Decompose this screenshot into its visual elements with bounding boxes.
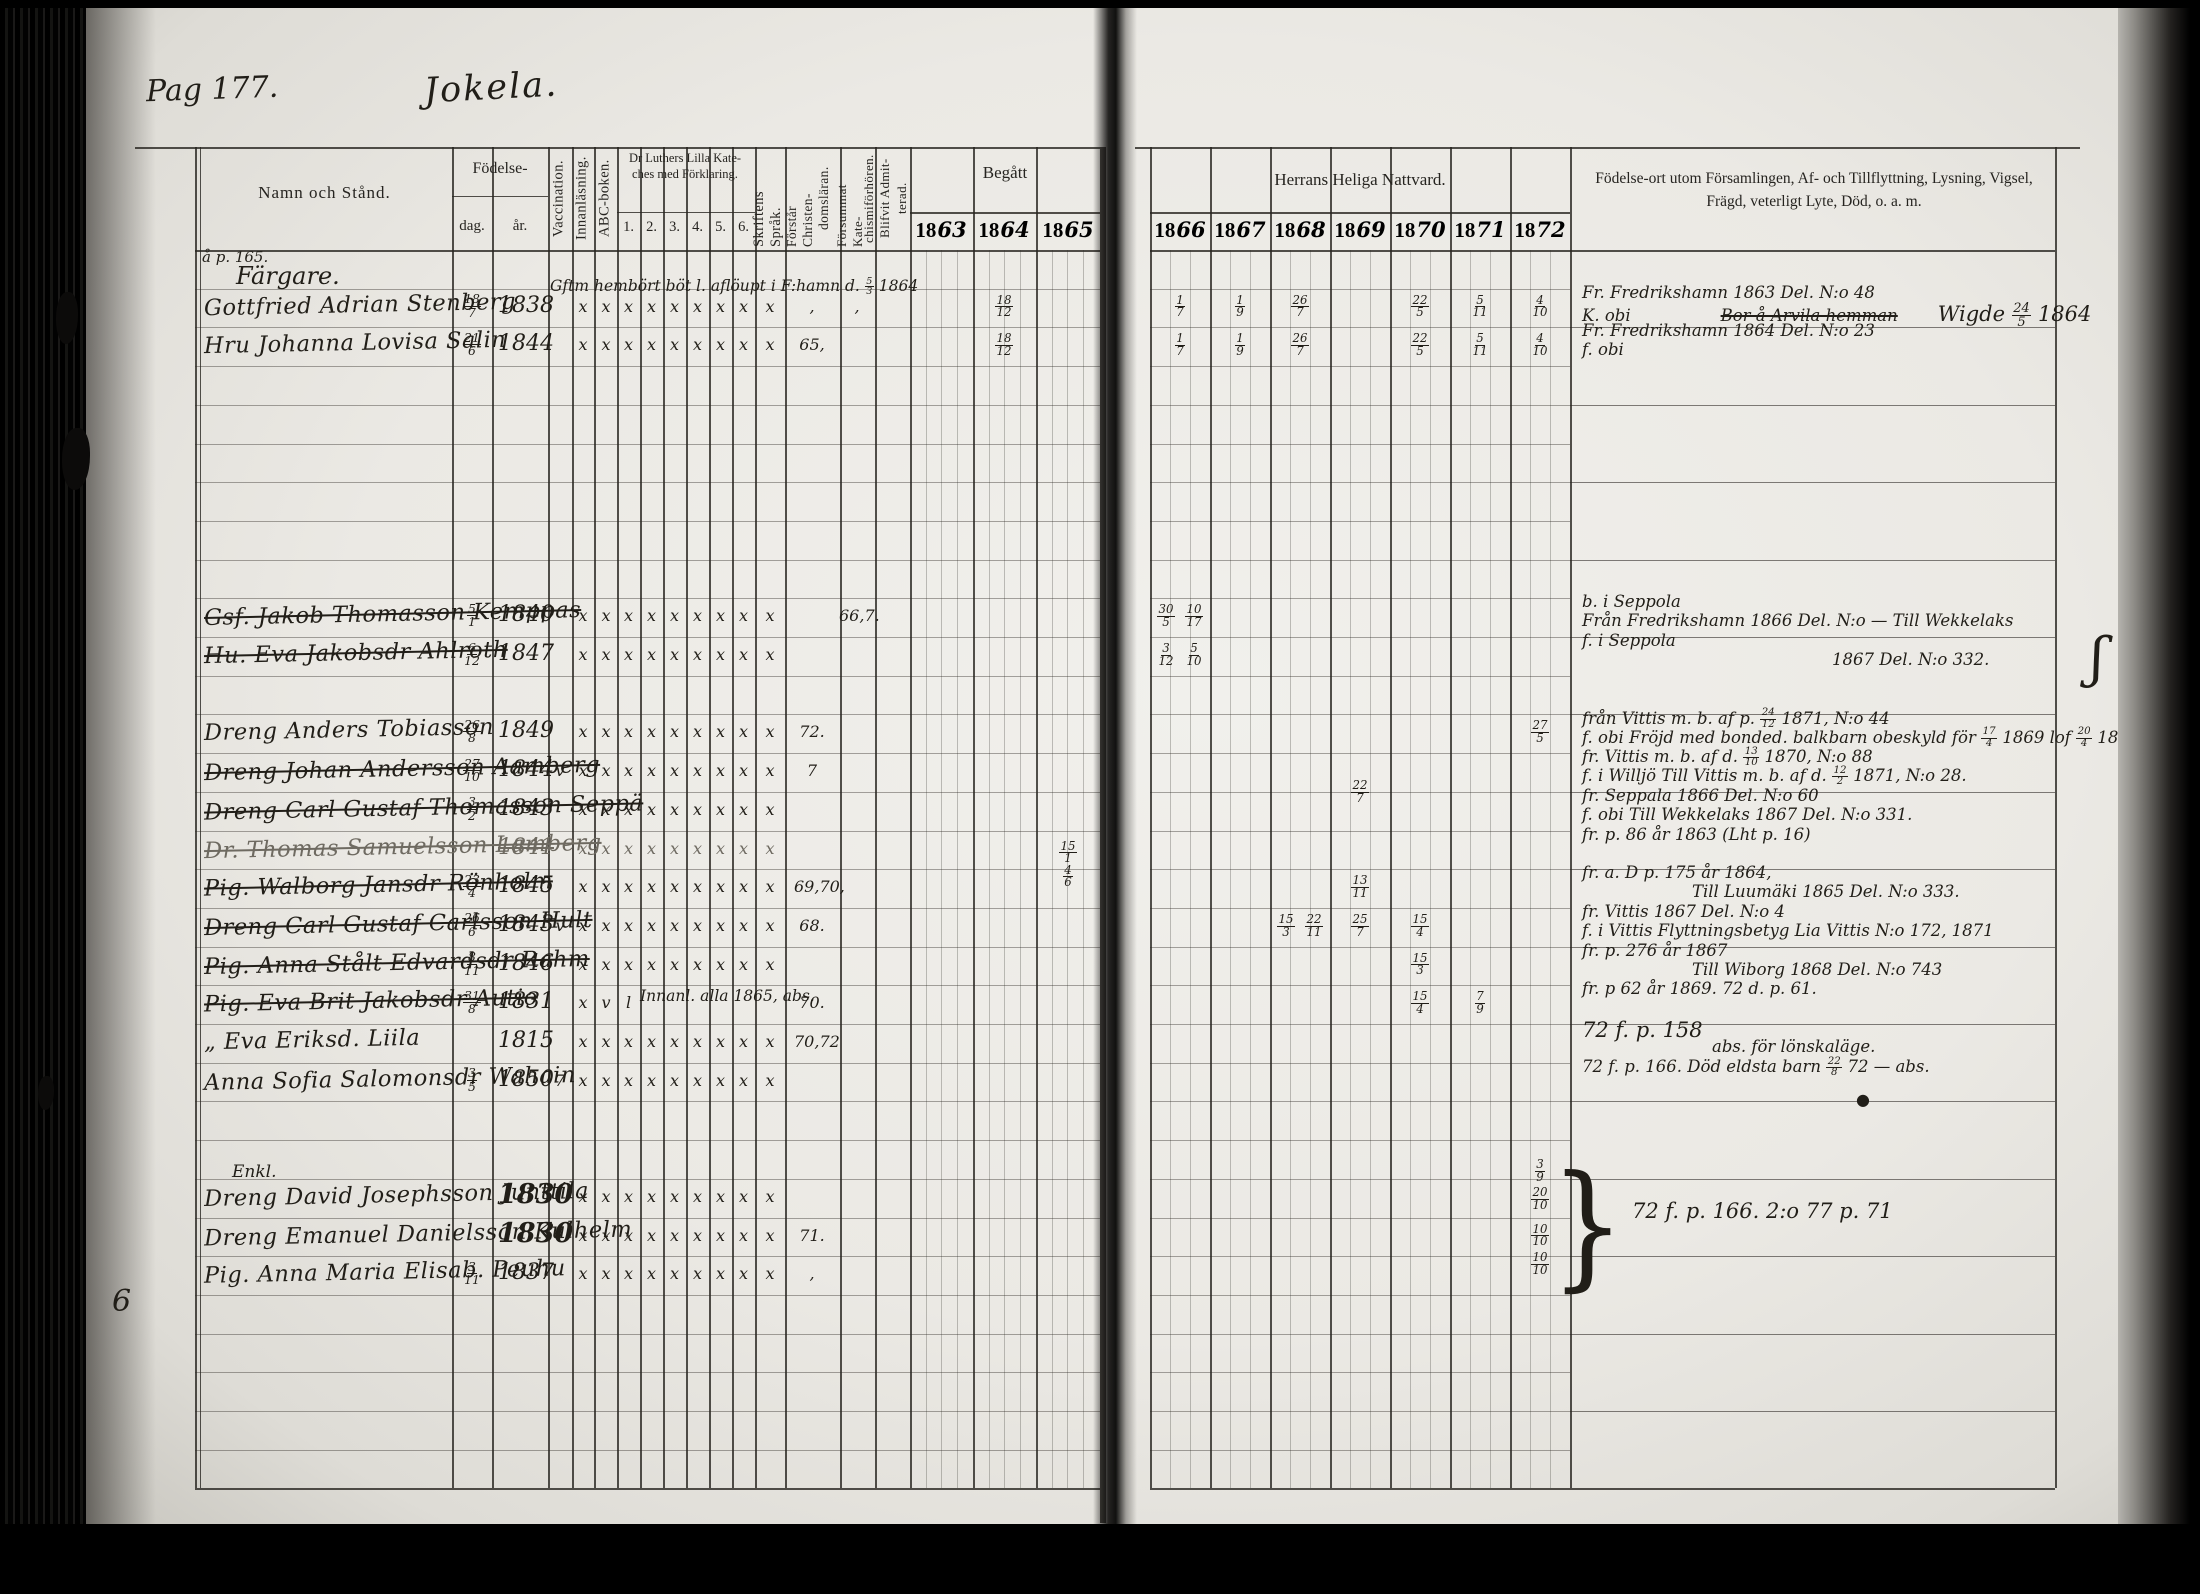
birth-year: 1846 (498, 951, 554, 976)
row-line (195, 1101, 1100, 1102)
birth-day: 318 (452, 989, 492, 1015)
fraction-date: 51 (467, 603, 478, 629)
row-line (1150, 1218, 1570, 1219)
notes-row-line (1570, 1256, 2055, 1257)
catechism-number: 3. (664, 219, 686, 236)
notes-line: fr. Seppala 1866 Del. N:o 60 (1582, 786, 1819, 805)
row-line (1150, 560, 1570, 561)
row-line (1150, 1179, 1570, 1180)
mark-forsum: , (839, 297, 875, 316)
notes-segment: fr. p. 86 år 1863 (Lht p. 16) (1582, 825, 1811, 844)
year-printed-prefix: 18 (1454, 218, 1475, 243)
row-line (195, 1450, 1100, 1451)
birth-day: 35 (452, 1067, 492, 1093)
row-line (1150, 869, 1570, 870)
row-line (195, 676, 1100, 677)
communion-date-1869: 1311 (1336, 875, 1384, 900)
column-line (2055, 147, 2057, 1488)
birth-split-line (452, 196, 548, 197)
fraction-date: 1812 (995, 295, 1013, 320)
fraction-date: 1017 (1185, 604, 1203, 629)
communion-date-1868: 267 (1276, 295, 1324, 320)
row-line (195, 1295, 1100, 1296)
row-line (195, 753, 1100, 754)
tick-subline (1250, 250, 1251, 1488)
notes-line: Till Wiborg 1868 Del. N:o 743 (1582, 960, 1942, 979)
mark-forstar: 69,70, (794, 877, 830, 896)
notes-line: f. obi (1582, 340, 1624, 359)
row-line (195, 1218, 1100, 1219)
fraction-date: 410 (1531, 295, 1549, 320)
mark-skrift: x (752, 335, 788, 354)
birth-day: 187 (452, 293, 492, 319)
notes-line: f. i Willjö Till Vittis m. b. af d. 122 … (1582, 766, 1967, 787)
page-edge-right (2118, 0, 2200, 1594)
fraction-date: 151 (1059, 841, 1077, 866)
tick-subline (1530, 250, 1531, 1488)
year-printed-prefix: 18 (1154, 218, 1175, 243)
row-line (1150, 482, 1570, 483)
communion-date-1867: 19 (1216, 333, 1264, 358)
fraction-date: 511 (1471, 333, 1489, 358)
mark-skrift: x (752, 1071, 788, 1090)
row-line (1150, 1256, 1570, 1257)
row-note: Innanl. alla 1865, abs. (640, 987, 815, 1005)
notes-line: Till Luumäki 1865 Del. N:o 333. (1582, 882, 1960, 901)
birth-year: 1841 (498, 835, 554, 860)
mark-skrift: x (752, 297, 788, 316)
row-line (195, 598, 1100, 599)
communion-date-1868: 267 (1276, 333, 1324, 358)
notes-segment: Till Wiborg 1868 Del. N:o 743 (1692, 960, 1942, 979)
fraction-date: 267 (1291, 333, 1309, 358)
notes-line: fr. Vittis 1867 Del. N:o 4 (1582, 902, 1785, 921)
birth-year: 1837 (498, 1260, 554, 1285)
fraction-date: 79 (1475, 991, 1486, 1016)
mark-vacc: 7 (542, 1071, 578, 1090)
year-script-digits: 72 (1536, 217, 1565, 242)
fraction-date: 1010 (1531, 1224, 1549, 1249)
row-line (195, 947, 1100, 948)
notes-segment: fr. Seppala 1866 Del. N:o 60 (1582, 786, 1819, 805)
fraction-date: 153 (1411, 953, 1429, 978)
fraction-date: 204 (2076, 727, 2092, 748)
year-script-digits: 66 (1176, 217, 1205, 242)
fraction-date: 257 (1351, 914, 1369, 939)
fraction-date: 510 (1185, 643, 1203, 668)
fraction-date: 1010 (1531, 1252, 1549, 1277)
year-script-digits: 68 (1296, 217, 1325, 242)
group-brace: } (1550, 1146, 1625, 1305)
fraction-date: 410 (1531, 333, 1549, 358)
column-line (1270, 147, 1272, 1488)
notes-segment: f. i Willjö Till Vittis m. b. af d. 122 … (1582, 766, 1967, 785)
communion-date-1866: 17 (1156, 295, 1204, 320)
column-line (1210, 147, 1212, 1488)
row-line (1150, 985, 1570, 986)
fraction-date: 511 (1471, 295, 1489, 320)
notes-segment: f. obi Fröjd med bonded. balkbarn obesky… (1582, 728, 2139, 747)
row-line (195, 1411, 1100, 1412)
fraction-date: 245 (2012, 302, 2032, 329)
fraction-date: 225 (1411, 333, 1429, 358)
notes-line: f. i Vittis Flyttningsbetyg Lia Vittis N… (1582, 921, 1994, 940)
birth-year: 1815 (498, 1028, 554, 1053)
row-line (195, 1140, 1100, 1141)
fraction-date: 228 (1826, 1057, 1842, 1078)
communion-date-1870: 154 (1396, 914, 1444, 939)
tick-subline (1310, 250, 1311, 1488)
year-box-line (1150, 212, 1570, 214)
notes-segment: fr. p 62 år 1869. 72 d. p. 61. (1582, 979, 1817, 998)
row-line (1150, 405, 1570, 406)
row-line (1150, 598, 1570, 599)
column-line (1450, 147, 1452, 1488)
notes-row-line (1570, 1179, 2055, 1180)
communion-date-1870: 225 (1396, 333, 1444, 358)
fraction-date: 266 (463, 912, 482, 938)
communion-date-1869: 257 (1336, 914, 1384, 939)
year-header-1864: 1864 (974, 217, 1034, 243)
row-line (1150, 366, 1570, 367)
row-line (1150, 831, 1570, 832)
birth-day: 311 (452, 1260, 492, 1286)
column-line (840, 147, 842, 1488)
row-line (1150, 1024, 1570, 1025)
column-line (910, 147, 912, 1488)
table-rule-bottom (1150, 1488, 2055, 1490)
birth-year: 1844 (498, 331, 554, 356)
communion-date-1870: 153 (1396, 953, 1444, 978)
row-line (1150, 1101, 1570, 1102)
communion-date-1872: 410 (1516, 333, 1564, 358)
birth-year: 1830 (498, 1179, 573, 1210)
notes-line: f. obi Till Wekkelaks 1867 Del. N:o 331. (1582, 805, 1912, 824)
notes-row-line (1570, 1411, 2055, 1412)
notes-segment: 72 f. p. 166. Död eldsta barn 228 72 — a… (1582, 1057, 1930, 1076)
fraction-date: 612 (463, 642, 482, 668)
tick-subline (1020, 250, 1021, 1488)
fraction-date: 122 (1832, 766, 1848, 787)
communion-date-1866: 17 (1156, 333, 1204, 358)
fraction-date: 234 (463, 874, 482, 900)
year-printed-prefix: 18 (915, 218, 936, 243)
row-line (195, 1372, 1100, 1373)
year-box-line (910, 212, 1100, 214)
row-line (1150, 521, 1570, 522)
header-bottom-line (195, 250, 1100, 252)
mark-forstar: , (794, 1264, 830, 1283)
fraction-date: 154 (1411, 991, 1429, 1016)
tick-subline (1230, 250, 1231, 1488)
birth-year: 1849 (498, 718, 554, 743)
row-line (1150, 1372, 1570, 1373)
birth-day: 2710 (452, 757, 492, 783)
stray-mark: 6 (112, 1284, 131, 1319)
notes-segment: Till Luumäki 1865 Del. N:o 333. (1692, 882, 1960, 901)
notes-line: fr. p. 276 år 1867 (1582, 941, 1727, 960)
communion-date-1871: 511 (1456, 295, 1504, 320)
tick-subline (1170, 250, 1171, 1488)
year-header-1863: 1863 (911, 217, 971, 243)
year-header-1866: 1866 (1150, 217, 1210, 243)
year-printed-prefix: 18 (1274, 218, 1295, 243)
year-printed-prefix: 18 (1214, 218, 1235, 243)
row-line (195, 985, 1100, 986)
communion-date-1870: 154 (1396, 991, 1444, 1016)
notes-segment: 1867 Del. N:o 332. (1832, 650, 1989, 669)
row-line (195, 560, 1100, 561)
year-header-1872: 1872 (1510, 217, 1570, 243)
fraction-date: 17 (1175, 333, 1186, 358)
tick-subline (1290, 250, 1291, 1488)
fraction-date: 46 (1063, 865, 1074, 890)
fraction-date: 1812 (995, 333, 1013, 358)
notes-segment: 72 f. p. 166. 2:o 77 p. 71 (1632, 1199, 1893, 1223)
notes-line: b. i Seppola (1582, 592, 1681, 611)
birth-year: 1843 (498, 796, 554, 821)
year-header-1871: 1871 (1450, 217, 1510, 243)
scan-border-bottom (0, 1524, 2200, 1594)
year-header-1865: 1865 (1038, 217, 1098, 243)
catechism-number: 6. (733, 219, 755, 236)
mark-vacc: v (542, 916, 578, 935)
communion-date-1867: 19 (1216, 295, 1264, 320)
notes-line: f. obi Fröjd med bonded. balkbarn obesky… (1582, 727, 2139, 748)
notes-segment: fr. a. D p. 175 år 1864, (1582, 863, 1771, 882)
row-line (195, 482, 1100, 483)
year-header-1867: 1867 (1210, 217, 1270, 243)
tick-subline (1370, 250, 1371, 1488)
fraction-date: 2211 (1305, 914, 1323, 939)
notes-segment: fr. p. 276 år 1867 (1582, 941, 1727, 960)
row-line (1150, 1140, 1570, 1141)
birth-year: 1830 (498, 1218, 573, 1249)
row-line (195, 366, 1100, 367)
notes-row-line (1570, 1101, 2055, 1102)
ink-blot: ● (1856, 1090, 1870, 1109)
mark-skrift: x (752, 955, 788, 974)
table-rule-top (1135, 147, 2080, 149)
fraction-date: 32 (467, 796, 478, 822)
notes-segment: f. i Seppola (1582, 631, 1676, 650)
communion-date-1872: 410 (1516, 295, 1564, 320)
tick-subline (1004, 250, 1005, 1488)
notes-line: 1867 Del. N:o 332. (1582, 650, 1989, 669)
year-script-digits: 64 (1000, 217, 1029, 242)
mark-forstar: 71. (794, 1226, 830, 1245)
year-script-digits: 71 (1476, 217, 1505, 242)
year-script-digits: 67 (1236, 217, 1265, 242)
communion-date-1871: 511 (1456, 333, 1504, 358)
row-line (195, 521, 1100, 522)
mark-forstar: 72. (794, 722, 830, 741)
row-line (1150, 947, 1570, 948)
notes-line: f. i Seppola (1582, 631, 1676, 650)
row-line (195, 1256, 1100, 1257)
year-script-digits: 63 (937, 217, 966, 242)
page-divider-heavy (1100, 147, 1106, 1523)
notes-line: abs. för lönskaläge. (1582, 1037, 1875, 1056)
fraction-date: 268 (463, 719, 482, 745)
mark-skrift: x (752, 916, 788, 935)
catechism-number: 2. (641, 219, 663, 236)
row-line (195, 1179, 1100, 1180)
tick-subline (1430, 250, 1431, 1488)
row-line (1150, 676, 1570, 677)
year-header-1870: 1870 (1390, 217, 1450, 243)
year-script-digits: 70 (1416, 217, 1445, 242)
notes-line: fr. a. D p. 175 år 1864, (1582, 863, 1771, 882)
notes-row-line (1570, 482, 2055, 483)
communion-date-1868: 2211 (1290, 914, 1338, 939)
row-line (1150, 1450, 1570, 1451)
notes-segment: f. obi (1582, 340, 1624, 359)
row-line (195, 792, 1100, 793)
row-line (1150, 1334, 1570, 1335)
mark-forstar: , (794, 297, 830, 316)
communion-date-1870: 225 (1396, 295, 1444, 320)
communion-begun-date: 1812 (980, 295, 1028, 320)
notes-segment: från Vittis m. b. af p. 2412 1871, N:o 4… (1582, 709, 1890, 728)
tick-subline (1410, 250, 1411, 1488)
notes-segment: fr. Vittis m. b. af d. 1310 1870, N:o 88 (1582, 747, 1873, 766)
birth-day: 234 (452, 873, 492, 899)
tick-subline (1190, 250, 1191, 1488)
year-printed-prefix: 18 (978, 218, 999, 243)
tick-subline (926, 250, 927, 1488)
mark-skrift: x (752, 1226, 788, 1245)
notes-segment: Från Fredrikshamn 1866 Del. N:o — Till W… (1582, 611, 2013, 630)
fraction-date: 19 (1235, 333, 1246, 358)
communion-date-1866: 510 (1170, 643, 1218, 668)
mark-forstar: 70,72 (794, 1032, 830, 1051)
table-rule-bottom (195, 1488, 1100, 1490)
tick-subline (989, 250, 990, 1488)
birth-day: 612 (452, 641, 492, 667)
tick-subline (1490, 250, 1491, 1488)
mark-skrift: x (752, 800, 788, 819)
year-header-1868: 1868 (1270, 217, 1330, 243)
birth-year: 1847 (498, 641, 554, 666)
row-line (195, 1024, 1100, 1025)
year-printed-prefix: 18 (1394, 218, 1415, 243)
birth-year: 1845 (498, 873, 554, 898)
communion-date-1866: 1017 (1170, 604, 1218, 629)
row-line (1150, 444, 1570, 445)
fraction-date: 275 (1531, 720, 1549, 745)
mark-forstar: 7 (794, 761, 830, 780)
notes-row-line (1570, 405, 2055, 406)
fraction-date: 227 (1351, 780, 1369, 805)
column-line (875, 147, 877, 1488)
birth-year: 1831 (498, 989, 554, 1014)
notes-line: fr. p 62 år 1869. 72 d. p. 61. (1582, 979, 1817, 998)
mark-forstar: 68. (794, 916, 830, 935)
notes-line: fr. p. 86 år 1863 (Lht p. 16) (1582, 825, 1811, 844)
catechism-number: 1. (618, 219, 640, 236)
ink-flourish: ʃ (2090, 626, 2105, 689)
birth-day: 51 (452, 602, 492, 628)
fraction-date: 311 (463, 1261, 482, 1287)
scan-border-top (0, 0, 2200, 8)
notes-line: Fr. Fredrikshamn 1864 Del. N:o 23 (1582, 321, 1875, 340)
row-line (195, 1063, 1100, 1064)
notes-segment: Fr. Fredrikshamn 1863 Del. N:o 48 (1582, 283, 1875, 302)
birth-day: 32 (452, 796, 492, 822)
year-printed-prefix: 18 (1042, 218, 1063, 243)
row-line (195, 637, 1100, 638)
catechism-number: 5. (710, 219, 732, 236)
communion-date-1869: 227 (1336, 780, 1384, 805)
birth-day: 268 (452, 718, 492, 744)
column-line (1330, 147, 1332, 1488)
row-line (195, 908, 1100, 909)
row-line (195, 831, 1100, 832)
year-header-1869: 1869 (1330, 217, 1390, 243)
birth-day: 216 (452, 331, 492, 357)
mark-skrift: x (752, 761, 788, 780)
fraction-date: 318 (463, 990, 482, 1016)
table-content: 1.2.3.4.5.6.1863186418651866186718681869… (0, 0, 2200, 1594)
birth-year: 1840 (498, 602, 554, 627)
fraction-date: 2010 (1531, 1187, 1549, 1212)
column-line (1390, 147, 1392, 1488)
communion-date-1871: 79 (1456, 991, 1504, 1016)
mark-vacc: v (542, 761, 578, 780)
row-line (195, 327, 1100, 328)
fraction-date: 216 (463, 332, 482, 358)
row-line (1150, 1295, 1570, 1296)
fraction-date: 1311 (1351, 875, 1369, 900)
notes-segment: Fr. Fredrikshamn 1864 Del. N:o 23 (1582, 321, 1875, 340)
mark-forstar: 65, (794, 335, 830, 354)
mark-skrift: x (752, 645, 788, 664)
notes-line: 72 f. p. 166. Död eldsta barn 228 72 — a… (1582, 1057, 1930, 1078)
row-note: Gftm hembört böt l. aflöupt i F:hamn d. … (550, 277, 918, 297)
fraction-date: 174 (1981, 727, 1997, 748)
row-name: „ Eva Eriksd. Liila (204, 1025, 421, 1056)
row-line (1150, 1063, 1570, 1064)
row-line (195, 1334, 1100, 1335)
row-line (1150, 637, 1570, 638)
column-line (195, 147, 197, 1488)
row-line (1150, 753, 1570, 754)
notes-line: 72 f. p. 166. 2:o 77 p. 71 (1582, 1199, 1893, 1223)
column-line (1036, 147, 1038, 1488)
row-line (195, 714, 1100, 715)
year-printed-prefix: 18 (1514, 218, 1535, 243)
row-line (195, 405, 1100, 406)
birth-year: 1838 (498, 293, 554, 318)
year-script-digits: 65 (1064, 217, 1093, 242)
notes-segment: f. i Vittis Flyttningsbetyg Lia Vittis N… (1582, 921, 1994, 940)
row-line (1150, 908, 1570, 909)
mark-skrift: x (752, 839, 788, 858)
communion-begun-date: 1812 (980, 333, 1028, 358)
notes-segment: b. i Seppola (1582, 592, 1681, 611)
column-line (200, 147, 202, 1488)
fraction-date: 35 (467, 1067, 478, 1093)
birth-day: 811 (452, 951, 492, 977)
tick-subline (941, 250, 942, 1488)
row-line (195, 444, 1100, 445)
fraction-date: 17 (1175, 295, 1186, 320)
notes-line: Fr. Fredrikshamn 1863 Del. N:o 48 (1582, 283, 1875, 302)
fraction-date: 39 (1535, 1159, 1546, 1184)
scanned-parish-register: Pag 177. Jokela. å p. 165. Namn och Stån… (0, 0, 2200, 1594)
year-script-digits: 69 (1356, 217, 1385, 242)
